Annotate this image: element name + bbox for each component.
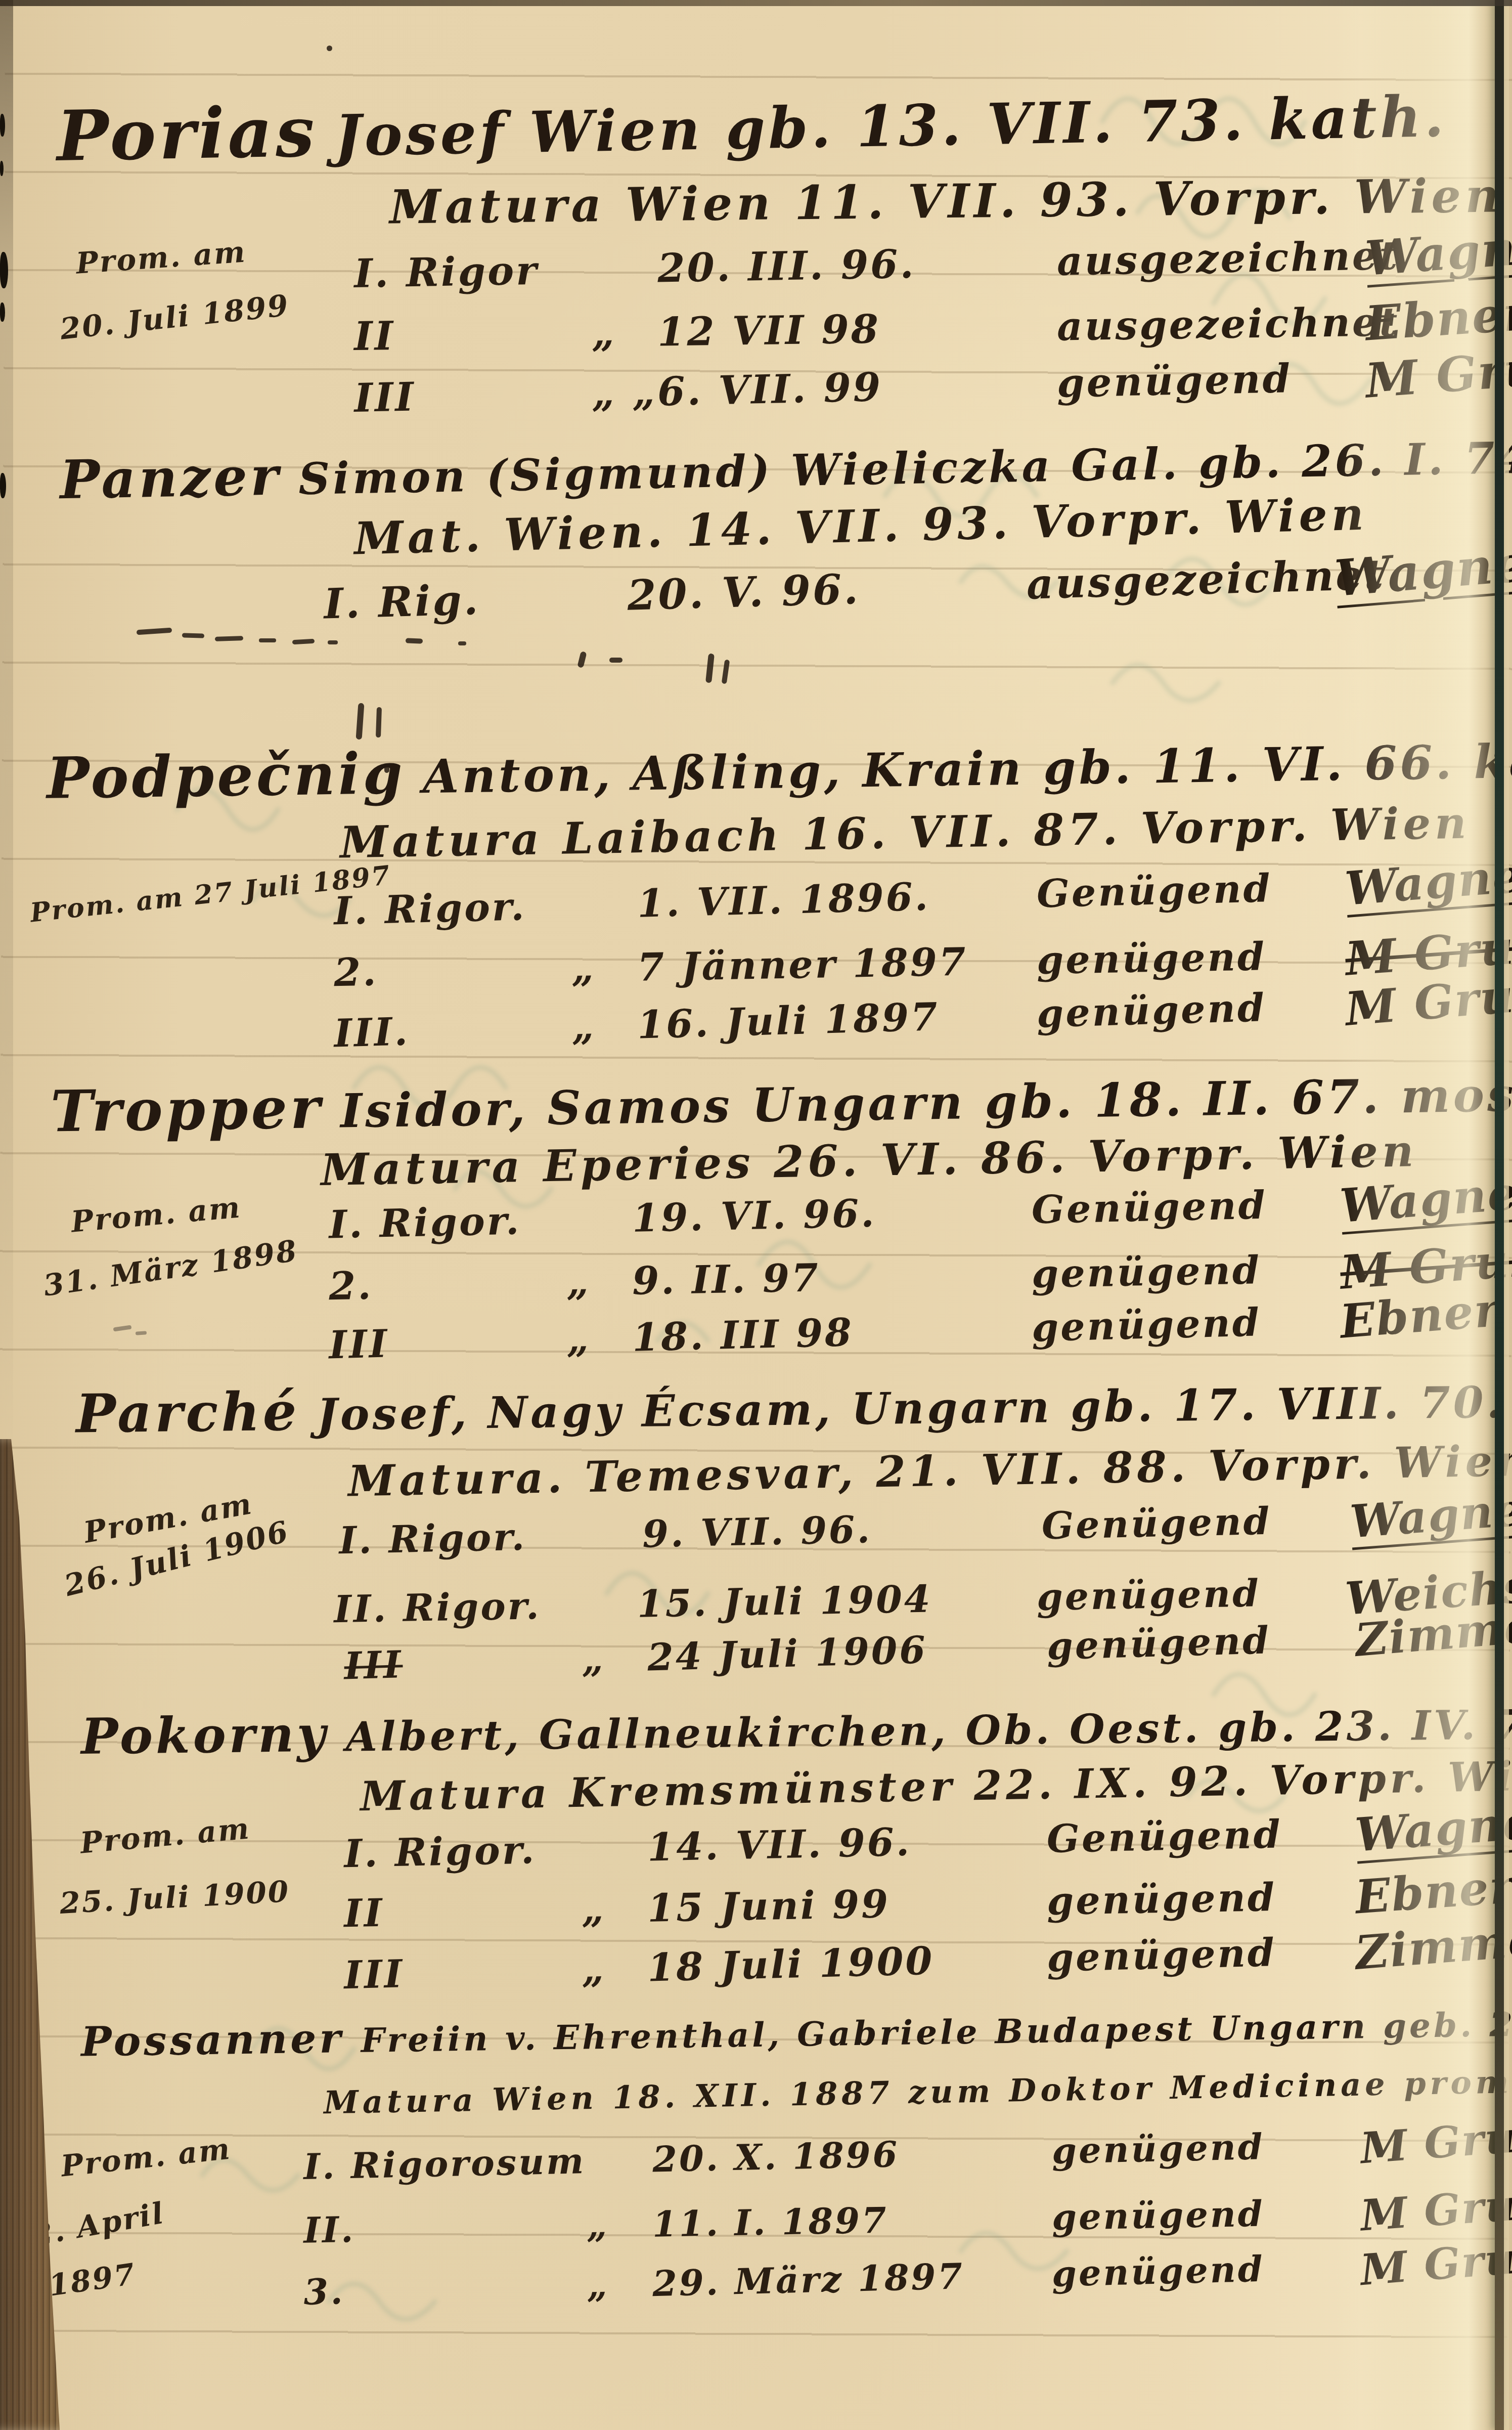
margin-promotion-year: 1897 (47, 2259, 138, 2301)
ink-smudge (406, 638, 423, 643)
entry-name-line: PokornyAlbert, Gallneukirchen, Ob. Oest.… (81, 1695, 1512, 1762)
exam-date: 11. I. 1897 (652, 2200, 1052, 2242)
exam-date: 19. VI. 96. (632, 1191, 1032, 1238)
exam-grade: Genügend (1046, 1813, 1355, 1858)
page-curvature-sheen (1335, 0, 1502, 2430)
matura-line: Matura Laibach 16. VII. 87. Vorpr. Wien (339, 801, 1471, 864)
ditto-mark (567, 1232, 633, 1233)
ditto-mark (562, 610, 628, 612)
exam-date: 14. VII. 96. (647, 1820, 1047, 1867)
ditto-mark: „ (582, 1889, 648, 1929)
exam-date: 12 VII 98 (657, 308, 1057, 353)
rigorosum-number: I. Rigor. (344, 1830, 582, 1873)
exam-grade: ausgezeichnet (1057, 303, 1366, 347)
exam-grade: Genügend (1036, 867, 1346, 914)
exam-date: 20. X. 1896 (652, 2134, 1052, 2178)
rigorosum-number: III (344, 1950, 583, 1994)
rigorosum-number: II (354, 314, 592, 357)
exam-grade: ausgezeichnet (1056, 237, 1365, 282)
entry-name-line: PoriasJosef Wien gb. 13. VII. 73. kath. (56, 78, 1447, 171)
left-edge-blob (0, 161, 4, 176)
entry-name-line: ParchéJosef, Nagy Écsam, Ungarn gb. 17. … (76, 1371, 1512, 1441)
ditto-mark: „ (571, 1006, 638, 1047)
surname: Panzer (59, 445, 282, 511)
ink-smudge (609, 658, 622, 663)
ditto-mark: „ (571, 948, 638, 988)
exam-date: 6. VII. 99 (657, 364, 1057, 412)
ink-smudge (215, 636, 243, 641)
exam-date: 18 Juli 1900 (647, 1939, 1047, 1987)
rigorosum-number: II (344, 1890, 582, 1933)
rigorosum-row: II. „ 11. I. 1897 genügend M Gruber (303, 2186, 1507, 2249)
entry-name-line: PodpečnigAnton, Aßling, Krain gb. 11. VI… (46, 728, 1512, 807)
pencil-mark (136, 1331, 147, 1335)
ditto-mark (592, 282, 658, 283)
rigorosum-number: I. Rigor. (334, 886, 572, 930)
ink-smudge (376, 707, 382, 737)
entry-details: Josef Wien gb. 13. VII. 73. kath. (334, 83, 1447, 169)
ink-smudge (137, 628, 172, 635)
margin-promotion-date: 2. April (30, 2198, 167, 2250)
rigorosum-number: I. Rigor (354, 250, 592, 294)
margin-promotion-label: Prom. am (70, 1192, 242, 1236)
rigorosum-number: III (329, 1320, 567, 1364)
exam-grade: genügend (1036, 936, 1345, 980)
ditto-mark (587, 2172, 653, 2173)
exam-date: 7 Jänner 1897 (637, 941, 1037, 987)
rigorosum-number: I. Rigor. (329, 1201, 567, 1244)
exam-date: 20. III. 96. (657, 242, 1057, 289)
left-edge-blob (0, 114, 5, 137)
ditto-mark: „ (581, 1949, 648, 1989)
margin-promotion-label: Prom. am (75, 237, 247, 278)
matura-line: Matura Wien 18. XII. 1887 zum Doktor Med… (324, 2061, 1512, 2119)
rigorosum-number: 3. (303, 2268, 588, 2310)
ditto-mark (572, 1617, 638, 1618)
surname: Podpečnig (46, 741, 406, 812)
exam-grade: ausgezeichnet (1026, 555, 1336, 605)
ditto-mark: „ (581, 1639, 648, 1679)
exam-date: 20. V. 96. (627, 564, 1027, 617)
rigorosum-number: 2. (334, 949, 572, 992)
exam-grade: genügend (1051, 2249, 1361, 2292)
rigorosum-number: I. Rigorosum (303, 2143, 587, 2185)
rigorosum-row: 3. „ 29. März 1897 genügend M Gruber (303, 2239, 1507, 2311)
rigorosum-number: III (354, 374, 593, 418)
pencil-mark (113, 1325, 132, 1332)
surname: Porias (56, 92, 318, 177)
exam-grade: genügend (1031, 1249, 1340, 1293)
rigorosum-number: 2. (329, 1263, 567, 1306)
ditto-mark: „ „ (591, 372, 658, 413)
ditto-mark: „ (587, 2207, 653, 2243)
surname: Tropper (50, 1075, 324, 1145)
ink-smudge (327, 46, 332, 51)
surname: Possanner (80, 2014, 344, 2065)
exam-grade: Genügend (1031, 1185, 1340, 1230)
ditto-mark (572, 917, 638, 919)
rigorosum-number: I. Rigor. (339, 1517, 577, 1559)
left-edge-blob (0, 252, 8, 288)
exam-grade: Genügend (1041, 1501, 1350, 1545)
ditto-mark: „ (586, 2266, 653, 2303)
ink-smudge (705, 654, 715, 683)
left-edge-blob (0, 473, 6, 498)
rigorosum-number-crossed: III (344, 1641, 583, 1685)
matura-line: Mat. Wien. 14. VII. 93. Vorpr. Wien (353, 492, 1368, 561)
exam-date: 15. Juli 1904 (637, 1579, 1037, 1623)
ink-smudge (328, 640, 338, 644)
ditto-mark: „ (566, 1262, 633, 1301)
rigorosum-number: III. (334, 1008, 572, 1053)
ditto-mark (582, 1861, 648, 1862)
entry-details: Josef, Nagy Écsam, Ungarn gb. 17. VIII. … (317, 1375, 1512, 1441)
exam-grade: genügend (1036, 1573, 1345, 1616)
exam-date: 29. März 1897 (652, 2257, 1052, 2302)
ink-smudge (458, 641, 466, 645)
rigorosum-row: I. Rigorosum 20. X. 1896 genügend M Grub… (303, 2118, 1507, 2186)
surname: Pokorny (80, 1705, 329, 1766)
exam-date: 18. III 98 (632, 1309, 1032, 1357)
margin-promotion-label: Prom. am (60, 2134, 233, 2181)
ditto-mark: „ (566, 1319, 633, 1359)
exam-grade: genügend (1056, 358, 1365, 404)
exam-grade: genügend (1036, 986, 1346, 1033)
exam-grade: genügend (1046, 1620, 1356, 1666)
exam-date: 9. II. 97 (632, 1255, 1032, 1300)
rigorosum-number: II. Rigor. (334, 1587, 572, 1628)
page-right-edge (1495, 0, 1504, 2430)
entry-name-line: PossannerFreiin v. Ehrenthal, Gabriele B… (81, 1997, 1512, 2062)
ink-smudge (292, 639, 315, 644)
rigorosum-number: II. (303, 2208, 587, 2248)
ink-smudge (356, 703, 365, 740)
top-edge-shadow (0, 0, 1512, 6)
margin-promotion-date: 25. Juli 1900 (59, 1877, 291, 1918)
exam-date: 16. Juli 1897 (637, 995, 1037, 1045)
exam-grade: genügend (1031, 1301, 1341, 1348)
ink-smudge (577, 651, 587, 668)
rigorosum-number: I. Rig. (323, 577, 562, 625)
exam-date: 15 Juni 99 (647, 1882, 1047, 1928)
exam-grade: genügend (1046, 1931, 1356, 1977)
exam-grade: genügend (1051, 2127, 1360, 2169)
exam-grade: genügend (1051, 2194, 1360, 2235)
ledger-page: PoriasJosef Wien gb. 13. VII. 73. kath. … (0, 0, 1512, 2430)
ink-smudge (182, 633, 204, 638)
margin-promotion-label: Prom. am (79, 1813, 251, 1857)
exam-date: 9. VII. 96. (642, 1507, 1042, 1553)
exam-grade: genügend (1046, 1877, 1355, 1921)
exam-date: 1. VII. 1896. (637, 875, 1037, 923)
ditto-mark: „ (592, 313, 658, 354)
ditto-mark (577, 1547, 643, 1549)
ink-smudge (259, 638, 276, 642)
ink-smudge (722, 660, 730, 684)
margin-promotion-date: 31. März 1898 (41, 1236, 299, 1300)
left-edge-shadow (0, 0, 13, 1467)
margin-promotion-date: 20. Juli 1899 (59, 290, 291, 343)
left-edge-blob (0, 302, 5, 322)
exam-date: 24 Juli 1906 (647, 1628, 1047, 1677)
surname: Parché (75, 1380, 299, 1445)
